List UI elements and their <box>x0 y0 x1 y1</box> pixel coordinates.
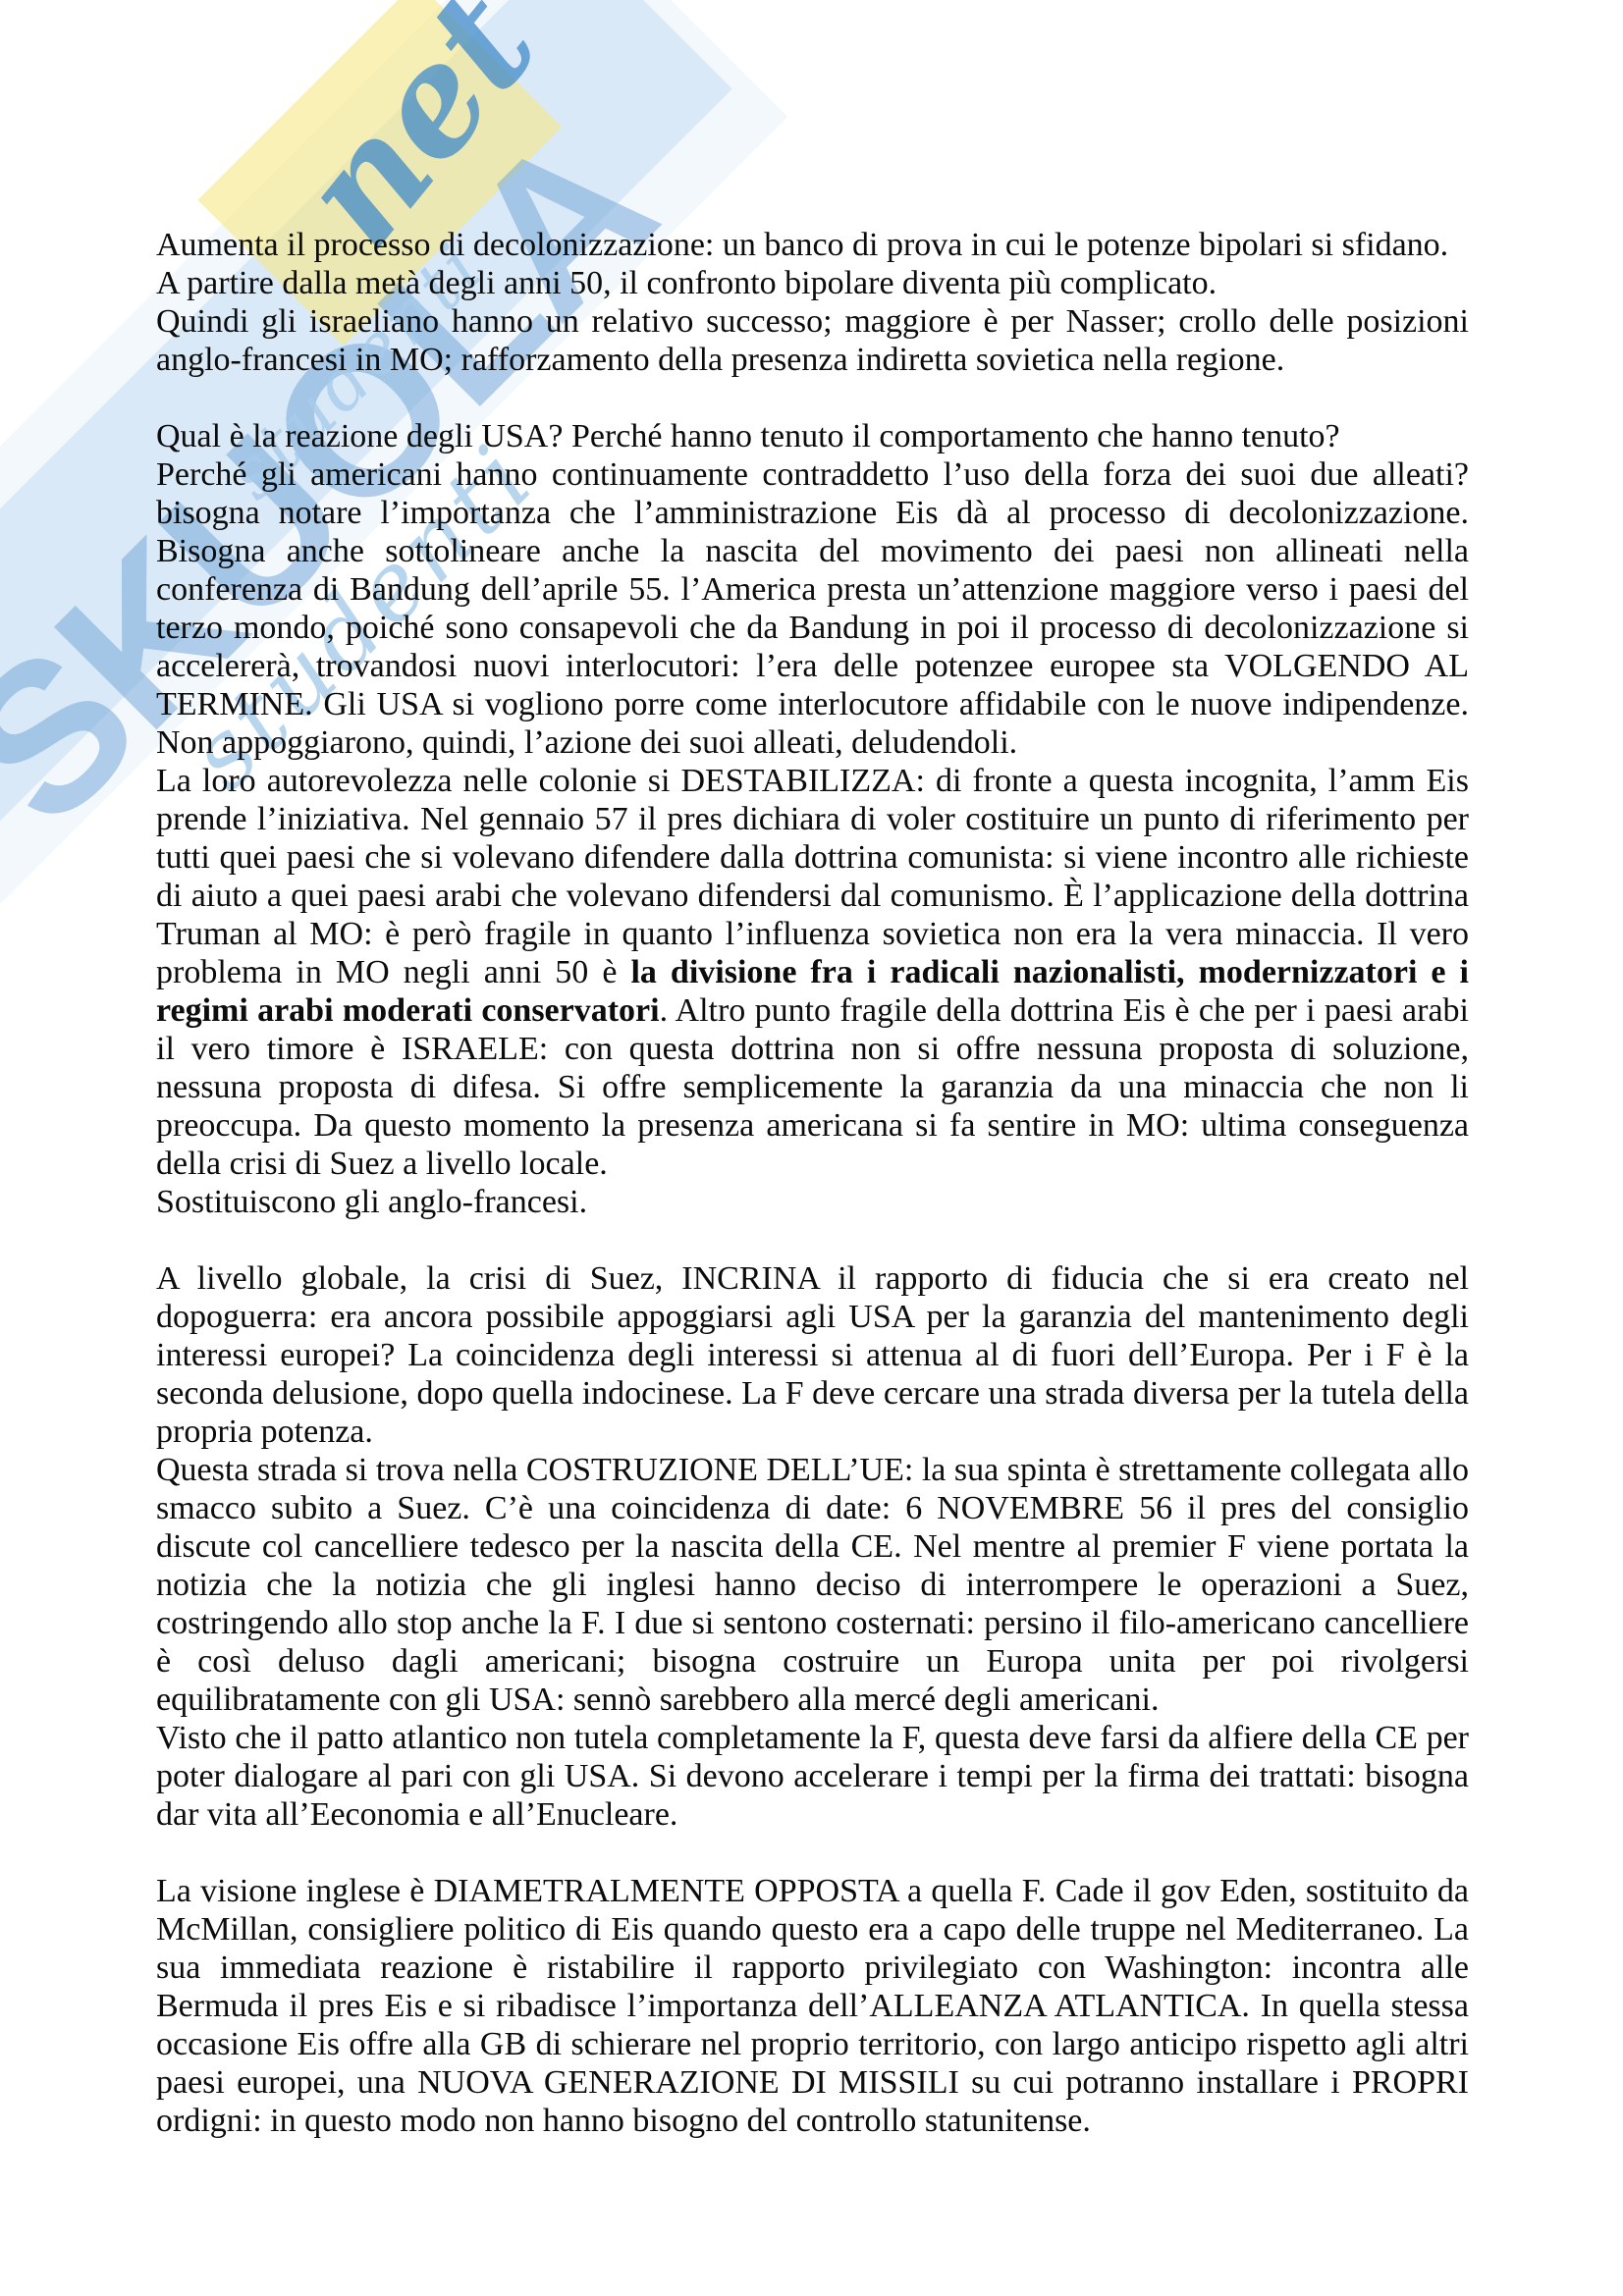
paragraph-2: A partire dalla metà degli anni 50, il c… <box>156 264 1469 302</box>
paragraph-3: Quindi gli israeliano hanno un relativo … <box>156 302 1469 379</box>
paragraph-4: Qual è la reazione degli USA? Perché han… <box>156 417 1469 455</box>
text-run: A partire dalla metà degli anni 50, il c… <box>156 265 1217 301</box>
paragraph-7: Sostituiscono gli anglo-francesi. <box>156 1183 1469 1221</box>
text-run: Sostituiscono gli anglo-francesi. <box>156 1184 587 1220</box>
paragraph-11: La visione inglese è DIAMETRALMENTE OPPO… <box>156 1872 1469 2140</box>
text-run: Questa strada si trova nella COSTRUZIONE… <box>156 1452 1469 1718</box>
text-run: Visto che il patto atlantico non tutela … <box>156 1720 1469 1833</box>
paragraph-1: Aumenta il processo di decolonizzazione:… <box>156 226 1469 264</box>
document-page: SKUOLA net studenti studenti Aumenta il … <box>0 0 1623 2296</box>
text-run: Aumenta il processo di decolonizzazione:… <box>156 227 1448 263</box>
text-run: A livello globale, la crisi di Suez, INC… <box>156 1260 1469 1450</box>
paragraph-6: La loro autorevolezza nelle colonie si D… <box>156 762 1469 1183</box>
text-run: Quindi gli israeliano hanno un relativo … <box>156 303 1469 378</box>
text-run: La visione inglese è DIAMETRALMENTE OPPO… <box>156 1873 1469 2139</box>
paragraph-5: Perché gli americani hanno continuamente… <box>156 455 1469 762</box>
document-text: Aumenta il processo di decolonizzazione:… <box>156 0 1469 2140</box>
paragraph-9: Questa strada si trova nella COSTRUZIONE… <box>156 1451 1469 1719</box>
text-run: Perché gli americani hanno continuamente… <box>156 456 1469 761</box>
paragraph-8: A livello globale, la crisi di Suez, INC… <box>156 1259 1469 1451</box>
paragraph-10: Visto che il patto atlantico non tutela … <box>156 1719 1469 1834</box>
text-run: Qual è la reazione degli USA? Perché han… <box>156 418 1340 454</box>
